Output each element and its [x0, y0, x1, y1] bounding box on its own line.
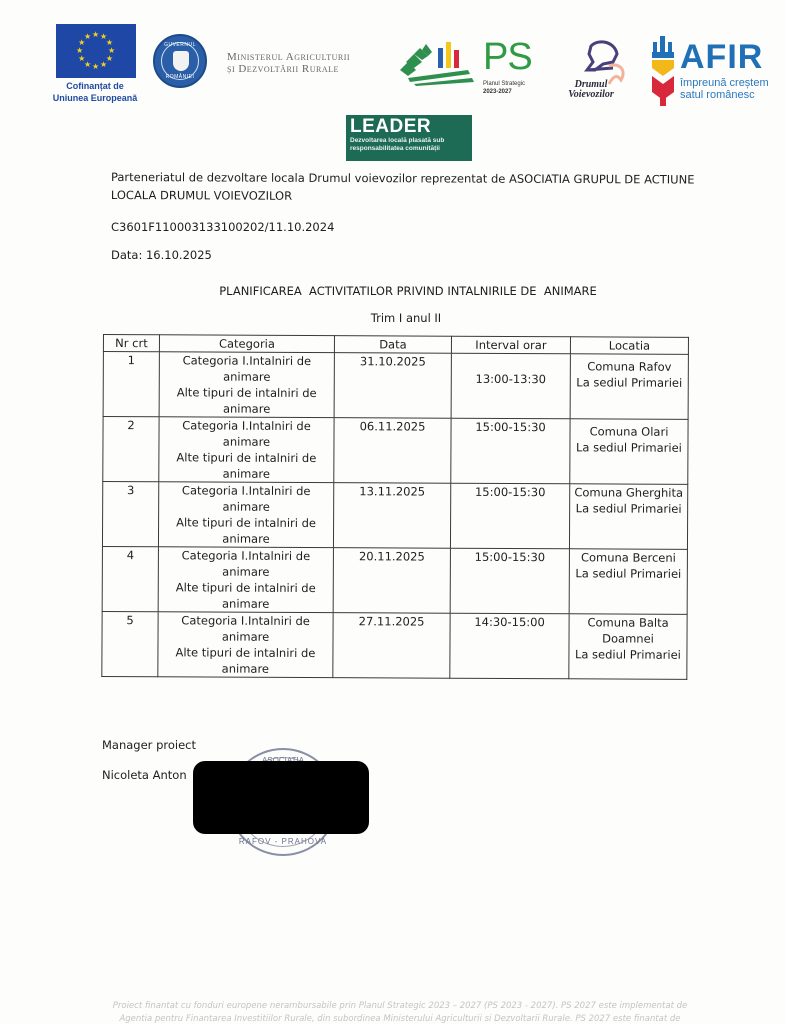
location-commune: Comuna Berceni [574, 549, 683, 566]
cell-nr: 1 [103, 352, 159, 417]
location-commune: Comuna Gherghita [574, 484, 683, 501]
ps-stripes-icon [398, 40, 476, 86]
table-row: 5Categoria I.Intalniri de animareAlte ti… [102, 611, 687, 679]
ps-caption-line1: Planul Strategic [483, 80, 525, 88]
star-icon: ★ [100, 61, 107, 69]
category-secondary: Alte tipuri de intalniri de animare [163, 514, 329, 547]
category-secondary: Alte tipuri de intalniri de animare [163, 449, 329, 482]
table-row: 4Categoria I.Intalniri de animareAlte ti… [102, 546, 687, 614]
cell-interval: 15:00-15:30 [450, 548, 569, 614]
stamp-text-bottom: RAFOV - PRAHOVA [230, 837, 336, 846]
location-commune: Comuna Olari [574, 423, 683, 440]
cell-location: Comuna RafovLa sediul Primariei [570, 354, 688, 420]
interval-value: 14:30-15:00 [455, 614, 565, 631]
category-primary: Categoria I.Intalniri de animare [163, 547, 329, 580]
afir-tagline-line1: împreună creștem [680, 77, 769, 89]
dv-line2: Voievozilor [556, 90, 626, 100]
column-header-date: Data [334, 336, 451, 354]
page-title: PLANIFICAREA ACTIVITATILOR PRIVIND INTAL… [0, 284, 786, 298]
government-seal-icon: GUVERNUL ROMÂNIEI [153, 34, 207, 88]
column-header-interval: Interval orar [451, 336, 570, 354]
document-date: Data: 16.10.2025 [111, 248, 212, 262]
eu-flag-logo: ★★★★★★★★★★★★ [56, 24, 136, 78]
cell-interval: 15:00-15:30 [450, 483, 569, 549]
location-detail: La sediul Primariei [574, 500, 683, 517]
location-detail: La sediul Primariei [575, 374, 684, 391]
cell-category: Categoria I.Intalniri de animareAlte tip… [158, 612, 333, 678]
category-primary: Categoria I.Intalniri de animare [162, 612, 328, 645]
category-primary: Categoria I.Intalniri de animare [163, 417, 329, 450]
interval-value: 15:00-15:30 [455, 484, 565, 501]
category-secondary: Alte tipuri de intalniri de animare [164, 384, 330, 417]
star-icon: ★ [76, 47, 83, 55]
location-commune: Comuna Balta Doamnei [573, 614, 682, 647]
eu-caption: Cofinanțat de Uniunea Europeană [40, 80, 150, 104]
cell-nr: 3 [102, 482, 158, 547]
signatory-name: Nicoleta Anton [102, 768, 187, 782]
star-icon: ★ [92, 31, 99, 39]
cell-nr: 4 [102, 546, 158, 611]
category-secondary: Alte tipuri de intalniri de animare [163, 579, 329, 612]
interval-value: 15:00-15:30 [455, 549, 565, 566]
cell-location: Comuna BerceniLa sediul Primariei [569, 549, 687, 615]
cell-interval: 15:00-15:30 [451, 418, 570, 484]
contract-reference: C3601F110003133100202/11.10.2024 [111, 220, 334, 234]
footer-line1: Proiect finantat cu fonduri europene ner… [90, 1000, 710, 1013]
page-subtitle: Trim I anul II [0, 311, 786, 325]
table-row: 1Categoria I.Intalniri de animareAlte ti… [103, 352, 688, 420]
cell-nr: 2 [103, 417, 159, 482]
cell-category: Categoria I.Intalniri de animareAlte tip… [159, 352, 334, 418]
star-icon: ★ [92, 63, 99, 71]
cell-date: 13.11.2025 [333, 483, 450, 549]
ministry-logo-text: Ministerul Agriculturii și Dezvoltării R… [227, 51, 350, 75]
seal-text-top: GUVERNUL [155, 42, 205, 48]
column-header-location: Locatia [570, 337, 688, 355]
leader-subtitle-line2: responsabilitatea comunității [350, 145, 468, 153]
category-primary: Categoria I.Intalniri de animare [163, 482, 329, 515]
location-commune: Comuna Rafov [575, 358, 684, 375]
cell-date: 06.11.2025 [334, 418, 451, 484]
table-row: 2Categoria I.Intalniri de animareAlte ti… [103, 417, 688, 485]
ps-logo-letters: PS [483, 38, 532, 76]
location-detail: La sediul Primariei [574, 439, 683, 456]
coat-of-arms-icon [173, 51, 189, 71]
cell-nr: 5 [102, 611, 158, 676]
funding-footer: Proiect finantat cu fonduri europene ner… [90, 1000, 710, 1024]
signatory-role: Manager proiect [102, 738, 196, 752]
leader-logo: LEADER Dezvoltarea locală plasată sub re… [346, 115, 472, 161]
star-icon: ★ [78, 55, 85, 63]
cell-category: Categoria I.Intalniri de animareAlte tip… [158, 547, 333, 613]
footer-line2: Agentia pentru Finantarea Investitiilor … [90, 1013, 710, 1024]
ps-caption: Planul Strategic 2023-2027 [483, 80, 525, 96]
table-row: 3Categoria I.Intalniri de animareAlte ti… [102, 482, 687, 550]
eu-caption-line1: Cofinanțat de [40, 80, 150, 92]
cell-interval: 14:30-15:00 [450, 613, 569, 679]
cell-date: 27.11.2025 [333, 613, 450, 679]
cell-date: 31.10.2025 [334, 353, 451, 419]
column-header-category: Categoria [159, 335, 334, 353]
cell-date: 20.11.2025 [333, 548, 450, 614]
afir-tagline-line2: satul românesc [680, 89, 769, 101]
afir-logo-text: AFIR [680, 40, 763, 74]
star-icon: ★ [84, 33, 91, 41]
ps-caption-line2: 2023-2027 [483, 88, 525, 96]
afir-wheat-icon [650, 36, 676, 106]
seal-text-bottom: ROMÂNIEI [155, 74, 205, 80]
category-secondary: Alte tipuri de intalniri de animare [162, 644, 328, 677]
redaction-box [193, 761, 369, 834]
partnership-intro: Parteneriatul de dezvoltare locala Drumu… [111, 168, 711, 207]
location-detail: La sediul Primariei [573, 646, 682, 663]
ministry-line1: Ministerul Agriculturii [227, 51, 350, 63]
afir-tagline: împreună creștem satul românesc [680, 77, 769, 101]
drumul-voievozilor-text: Drumul Voievozilor [556, 80, 626, 100]
ministry-line2: și Dezvoltării Rurale [227, 63, 350, 75]
leader-subtitle-line1: Dezvoltarea locală plasată sub [350, 137, 468, 145]
cell-location: Comuna OlariLa sediul Primariei [570, 419, 688, 485]
cell-interval: 13:00-13:30 [451, 353, 570, 419]
cell-location: Comuna Balta DoamneiLa sediul Primariei [569, 614, 687, 680]
activities-table: Nr crt Categoria Data Interval orar Loca… [101, 334, 689, 680]
cell-category: Categoria I.Intalniri de animareAlte tip… [159, 417, 334, 483]
interval-value: 13:00-13:30 [456, 354, 566, 388]
cell-category: Categoria I.Intalniri de animareAlte tip… [158, 482, 333, 548]
cell-location: Comuna GherghitaLa sediul Primariei [569, 484, 687, 550]
column-header-nr: Nr crt [103, 335, 159, 352]
interval-value: 15:00-15:30 [456, 419, 566, 436]
star-icon: ★ [106, 39, 113, 47]
eu-caption-line2: Uniunea Europeană [40, 92, 150, 104]
leader-title: LEADER [350, 117, 468, 137]
location-detail: La sediul Primariei [574, 565, 683, 582]
category-primary: Categoria I.Intalniri de animare [164, 352, 330, 385]
